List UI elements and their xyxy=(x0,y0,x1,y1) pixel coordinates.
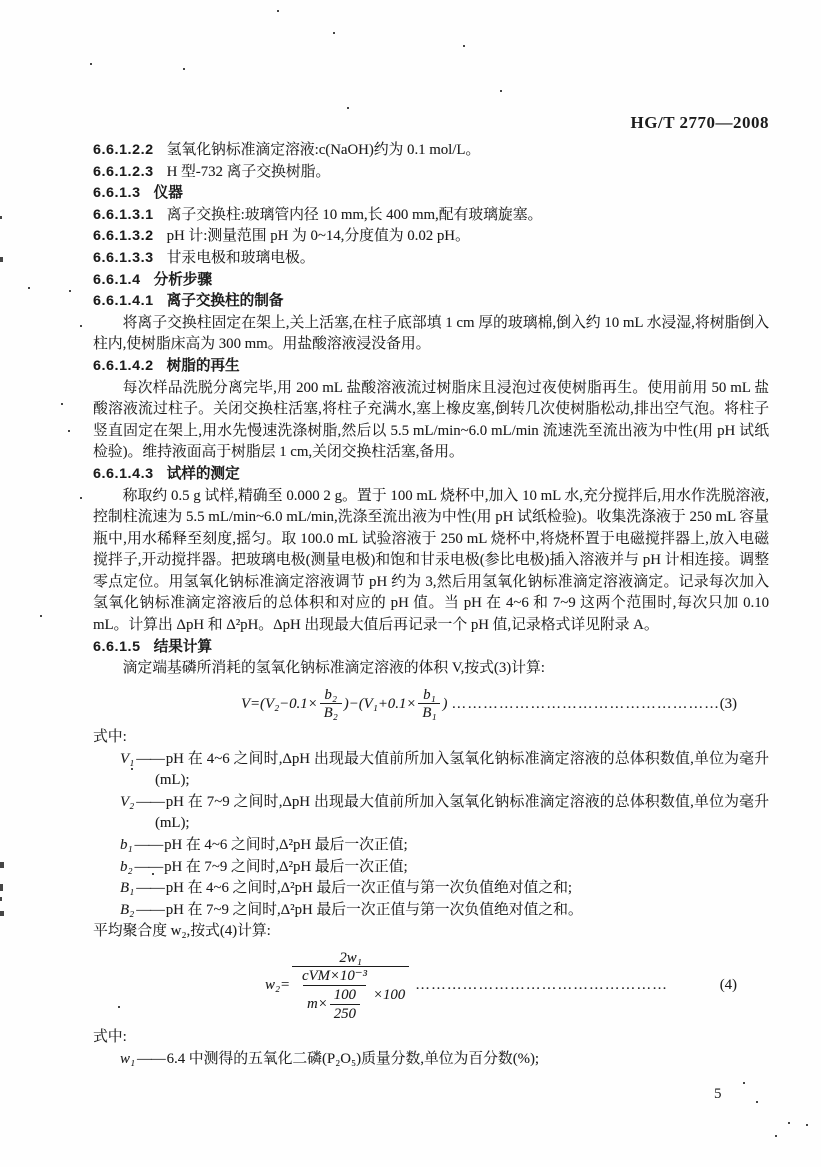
variable-symbol: B₂ xyxy=(120,902,134,918)
fraction-numerator: cVM×10⁻³ xyxy=(298,968,371,985)
scan-speck xyxy=(40,615,42,617)
section-heading: 6.6.1.4.2树脂的再生 xyxy=(93,356,769,378)
scan-edge-mark xyxy=(0,257,3,262)
formula-label: (3) xyxy=(720,694,769,716)
formula-term: m× xyxy=(307,996,328,1013)
clause-number: 6.6.1.3.2 xyxy=(93,228,154,244)
clause-text: pH 计:测量范围 pH 为 0~14,分度值为 0.02 pH。 xyxy=(167,228,470,244)
clause-text: 离子交换柱:玻璃管内径 10 mm,长 400 mm,配有玻璃旋塞。 xyxy=(167,207,543,223)
dotted-leader: ……………………………………………… xyxy=(447,694,719,716)
heading-text: 结果计算 xyxy=(154,639,212,655)
fraction-numerator: b₂ xyxy=(320,687,341,704)
heading-text: 离子交换柱的制备 xyxy=(167,293,284,309)
fraction-denominator: B₂ xyxy=(320,703,342,722)
scan-speck xyxy=(90,63,92,65)
document-number: HG/T 2770—2008 xyxy=(631,113,769,133)
fraction-denominator: 250 xyxy=(330,1004,360,1023)
fraction-denominator: B₁ xyxy=(418,703,440,722)
scan-speck xyxy=(80,497,82,499)
clause-number: 6.6.1.3.1 xyxy=(93,207,154,223)
scan-edge-mark xyxy=(0,897,2,901)
scan-speck xyxy=(806,1124,808,1126)
heading-text: 仪器 xyxy=(154,185,183,201)
scan-speck xyxy=(333,32,335,34)
paragraph: 将离子交换柱固定在架上,关上活塞,在柱子底部填 1 cm 厚的玻璃棉,倒入约 1… xyxy=(93,313,769,356)
scan-speck xyxy=(68,430,70,432)
definition-text: pH 在 4~6 之间时,Δ²pH 最后一次正值与第一次负值绝对值之和; xyxy=(166,880,572,896)
formula-4: w₂=2w₁cVM×10⁻³m×100250×100 …………………………………… xyxy=(93,950,769,1022)
section-heading: 6.6.1.4.1离子交换柱的制备 xyxy=(93,291,769,313)
dotted-leader: ………………………………………… xyxy=(411,975,720,997)
variable-symbol: b₂ xyxy=(120,859,133,875)
scan-speck xyxy=(69,290,71,292)
clause-line: 6.6.1.2.2氢氧化钠标准滴定溶液:c(NaOH)约为 0.1 mol/L。 xyxy=(93,140,769,162)
scan-speck xyxy=(756,1101,758,1103)
heading-text: 分析步骤 xyxy=(154,272,212,288)
definition-text: pH 在 4~6 之间时,Δ²pH 最后一次正值; xyxy=(164,837,408,853)
variable-definition: w₁——6.4 中测得的五氧化二磷(P₂O₅)质量分数,单位为百分数(%); xyxy=(93,1049,769,1071)
formula-4-body: w₂=2w₁cVM×10⁻³m×100250×100 xyxy=(265,950,411,1022)
fraction: b₂B₂ xyxy=(320,687,342,722)
scan-edge-mark xyxy=(0,911,4,916)
definition-dash: —— xyxy=(133,859,165,875)
definition-text: 6.4 中测得的五氧化二磷(P₂O₅)质量分数,单位为百分数(%); xyxy=(167,1051,539,1067)
section-heading: 6.6.1.4.3试样的测定 xyxy=(93,464,769,486)
definition-text: pH 在 7~9 之间时,ΔpH 出现最大值前所加入氢氧化钠标准滴定溶液的总体积… xyxy=(155,794,769,832)
clause-text: H 型-732 离子交换树脂。 xyxy=(167,164,331,180)
scan-speck xyxy=(347,107,349,109)
variable-symbol: V₁ xyxy=(120,751,134,767)
formula-lhs: w₂= xyxy=(265,975,290,997)
scan-speck xyxy=(788,1122,790,1124)
section-heading: 6.6.1.3仪器 xyxy=(93,183,769,205)
fraction-numerator: b₁ xyxy=(419,687,440,704)
definition-dash: —— xyxy=(133,837,165,853)
scan-speck xyxy=(80,325,82,327)
scan-edge-mark xyxy=(0,862,4,868)
scan-speck xyxy=(463,45,465,47)
variable-symbol: V₂ xyxy=(120,794,134,810)
paragraph: 每次样品洗脱分离完毕,用 200 mL 盐酸溶液流过树脂床且浸泡过夜使树脂再生。… xyxy=(93,378,769,464)
formula-term: V=(V₂−0.1× xyxy=(241,694,318,716)
section-heading: 6.6.1.5结果计算 xyxy=(93,637,769,659)
fraction: 100250 xyxy=(330,987,360,1022)
clause-line: 6.6.1.3.1离子交换柱:玻璃管内径 10 mm,长 400 mm,配有玻璃… xyxy=(93,205,769,227)
variable-definition: b₁——pH 在 4~6 之间时,Δ²pH 最后一次正值; xyxy=(93,835,769,857)
formula-label: (4) xyxy=(720,975,769,997)
scan-edge-mark xyxy=(0,884,3,891)
fraction: b₁B₁ xyxy=(418,687,440,722)
definition-dash: —— xyxy=(134,751,166,767)
definition-dash: —— xyxy=(134,902,166,918)
scan-speck xyxy=(28,287,30,289)
heading-text: 试样的测定 xyxy=(167,466,240,482)
scan-speck xyxy=(61,403,63,405)
formula-term: ×100 xyxy=(373,987,405,1004)
variable-symbol: w₁ xyxy=(120,1051,135,1067)
scan-edge-mark xyxy=(0,216,2,219)
variable-definition: V₁——pH 在 4~6 之间时,ΔpH 出现最大值前所加入氢氧化钠标准滴定溶液… xyxy=(93,749,769,792)
formula-intro: 平均聚合度 w₂,按式(4)计算: xyxy=(93,921,769,943)
clause-number: 6.6.1.4.2 xyxy=(93,358,154,374)
clause-line: 6.6.1.2.3H 型-732 离子交换树脂。 xyxy=(93,162,769,184)
fraction-denominator: cVM×10⁻³m×100250×100 xyxy=(292,966,409,1022)
clause-number: 6.6.1.5 xyxy=(93,639,141,655)
fraction-denominator: m×100250 xyxy=(303,985,366,1022)
clause-number: 6.6.1.4.1 xyxy=(93,293,154,309)
where-label: 式中: xyxy=(93,727,769,749)
scan-speck xyxy=(775,1135,777,1137)
fraction: 2w₁cVM×10⁻³m×100250×100 xyxy=(292,950,409,1022)
definition-text: pH 在 7~9 之间时,Δ²pH 最后一次正值与第一次负值绝对值之和。 xyxy=(166,902,583,918)
section-heading: 6.6.1.4分析步骤 xyxy=(93,270,769,292)
clause-number: 6.6.1.3 xyxy=(93,185,141,201)
variable-definition: B₂——pH 在 7~9 之间时,Δ²pH 最后一次正值与第一次负值绝对值之和。 xyxy=(93,900,769,922)
scan-speck xyxy=(118,1006,120,1008)
scan-speck xyxy=(743,1082,745,1084)
variable-definition: B₁——pH 在 4~6 之间时,Δ²pH 最后一次正值与第一次负值绝对值之和; xyxy=(93,878,769,900)
formula-3-body: V=(V₂−0.1×b₂B₂)−(V₁+0.1×b₁B₁) xyxy=(241,687,447,722)
page-number: 5 xyxy=(714,1086,722,1103)
paragraph: 称取约 0.5 g 试样,精确至 0.000 2 g。置于 100 mL 烧杯中… xyxy=(93,486,769,637)
definition-dash: —— xyxy=(134,880,166,896)
clause-text: 甘汞电极和玻璃电极。 xyxy=(167,250,315,266)
clause-text: 氢氧化钠标准滴定溶液:c(NaOH)约为 0.1 mol/L。 xyxy=(167,142,481,158)
where-label: 式中: xyxy=(93,1027,769,1049)
heading-text: 树脂的再生 xyxy=(167,358,240,374)
definition-dash: —— xyxy=(135,1051,167,1067)
scan-speck xyxy=(152,873,154,875)
fraction-numerator: 2w₁ xyxy=(335,950,365,967)
scan-speck xyxy=(277,10,279,12)
paragraph: 滴定端基磷所消耗的氢氧化钠标准滴定溶液的体积 V,按式(3)计算: xyxy=(93,658,769,680)
scan-speck xyxy=(131,768,133,770)
fraction-numerator: 100 xyxy=(330,987,360,1004)
formula-term: )−(V₁+0.1× xyxy=(344,694,417,716)
denominator-row: cVM×10⁻³m×100250×100 xyxy=(296,968,405,1022)
clause-number: 6.6.1.2.3 xyxy=(93,164,154,180)
page-body: 6.6.1.2.2氢氧化钠标准滴定溶液:c(NaOH)约为 0.1 mol/L。… xyxy=(93,140,769,1070)
clause-number: 6.6.1.3.3 xyxy=(93,250,154,266)
definition-dash: —— xyxy=(134,794,166,810)
scan-speck xyxy=(183,68,185,70)
clause-number: 6.6.1.4 xyxy=(93,272,141,288)
clause-number: 6.6.1.2.2 xyxy=(93,142,154,158)
clause-number: 6.6.1.4.3 xyxy=(93,466,154,482)
variable-symbol: b₁ xyxy=(120,837,133,853)
clause-line: 6.6.1.3.3甘汞电极和玻璃电极。 xyxy=(93,248,769,270)
formula-3: V=(V₂−0.1×b₂B₂)−(V₁+0.1×b₁B₁) …………………………… xyxy=(93,687,769,722)
variable-definition: V₂——pH 在 7~9 之间时,ΔpH 出现最大值前所加入氢氧化钠标准滴定溶液… xyxy=(93,792,769,835)
clause-line: 6.6.1.3.2pH 计:测量范围 pH 为 0~14,分度值为 0.02 p… xyxy=(93,226,769,248)
fraction: cVM×10⁻³m×100250 xyxy=(298,968,371,1022)
definition-text: pH 在 4~6 之间时,ΔpH 出现最大值前所加入氢氧化钠标准滴定溶液的总体积… xyxy=(155,751,769,789)
scan-speck xyxy=(500,90,502,92)
scanned-standard-page: HG/T 2770—2008 6.6.1.2.2氢氧化钠标准滴定溶液:c(NaO… xyxy=(0,0,821,1167)
variable-definition: b₂——pH 在 7~9 之间时,Δ²pH 最后一次正值; xyxy=(93,857,769,879)
denominator-row: m×100250 xyxy=(307,987,362,1022)
variable-symbol: B₁ xyxy=(120,880,134,896)
definition-text: pH 在 7~9 之间时,Δ²pH 最后一次正值; xyxy=(164,859,408,875)
